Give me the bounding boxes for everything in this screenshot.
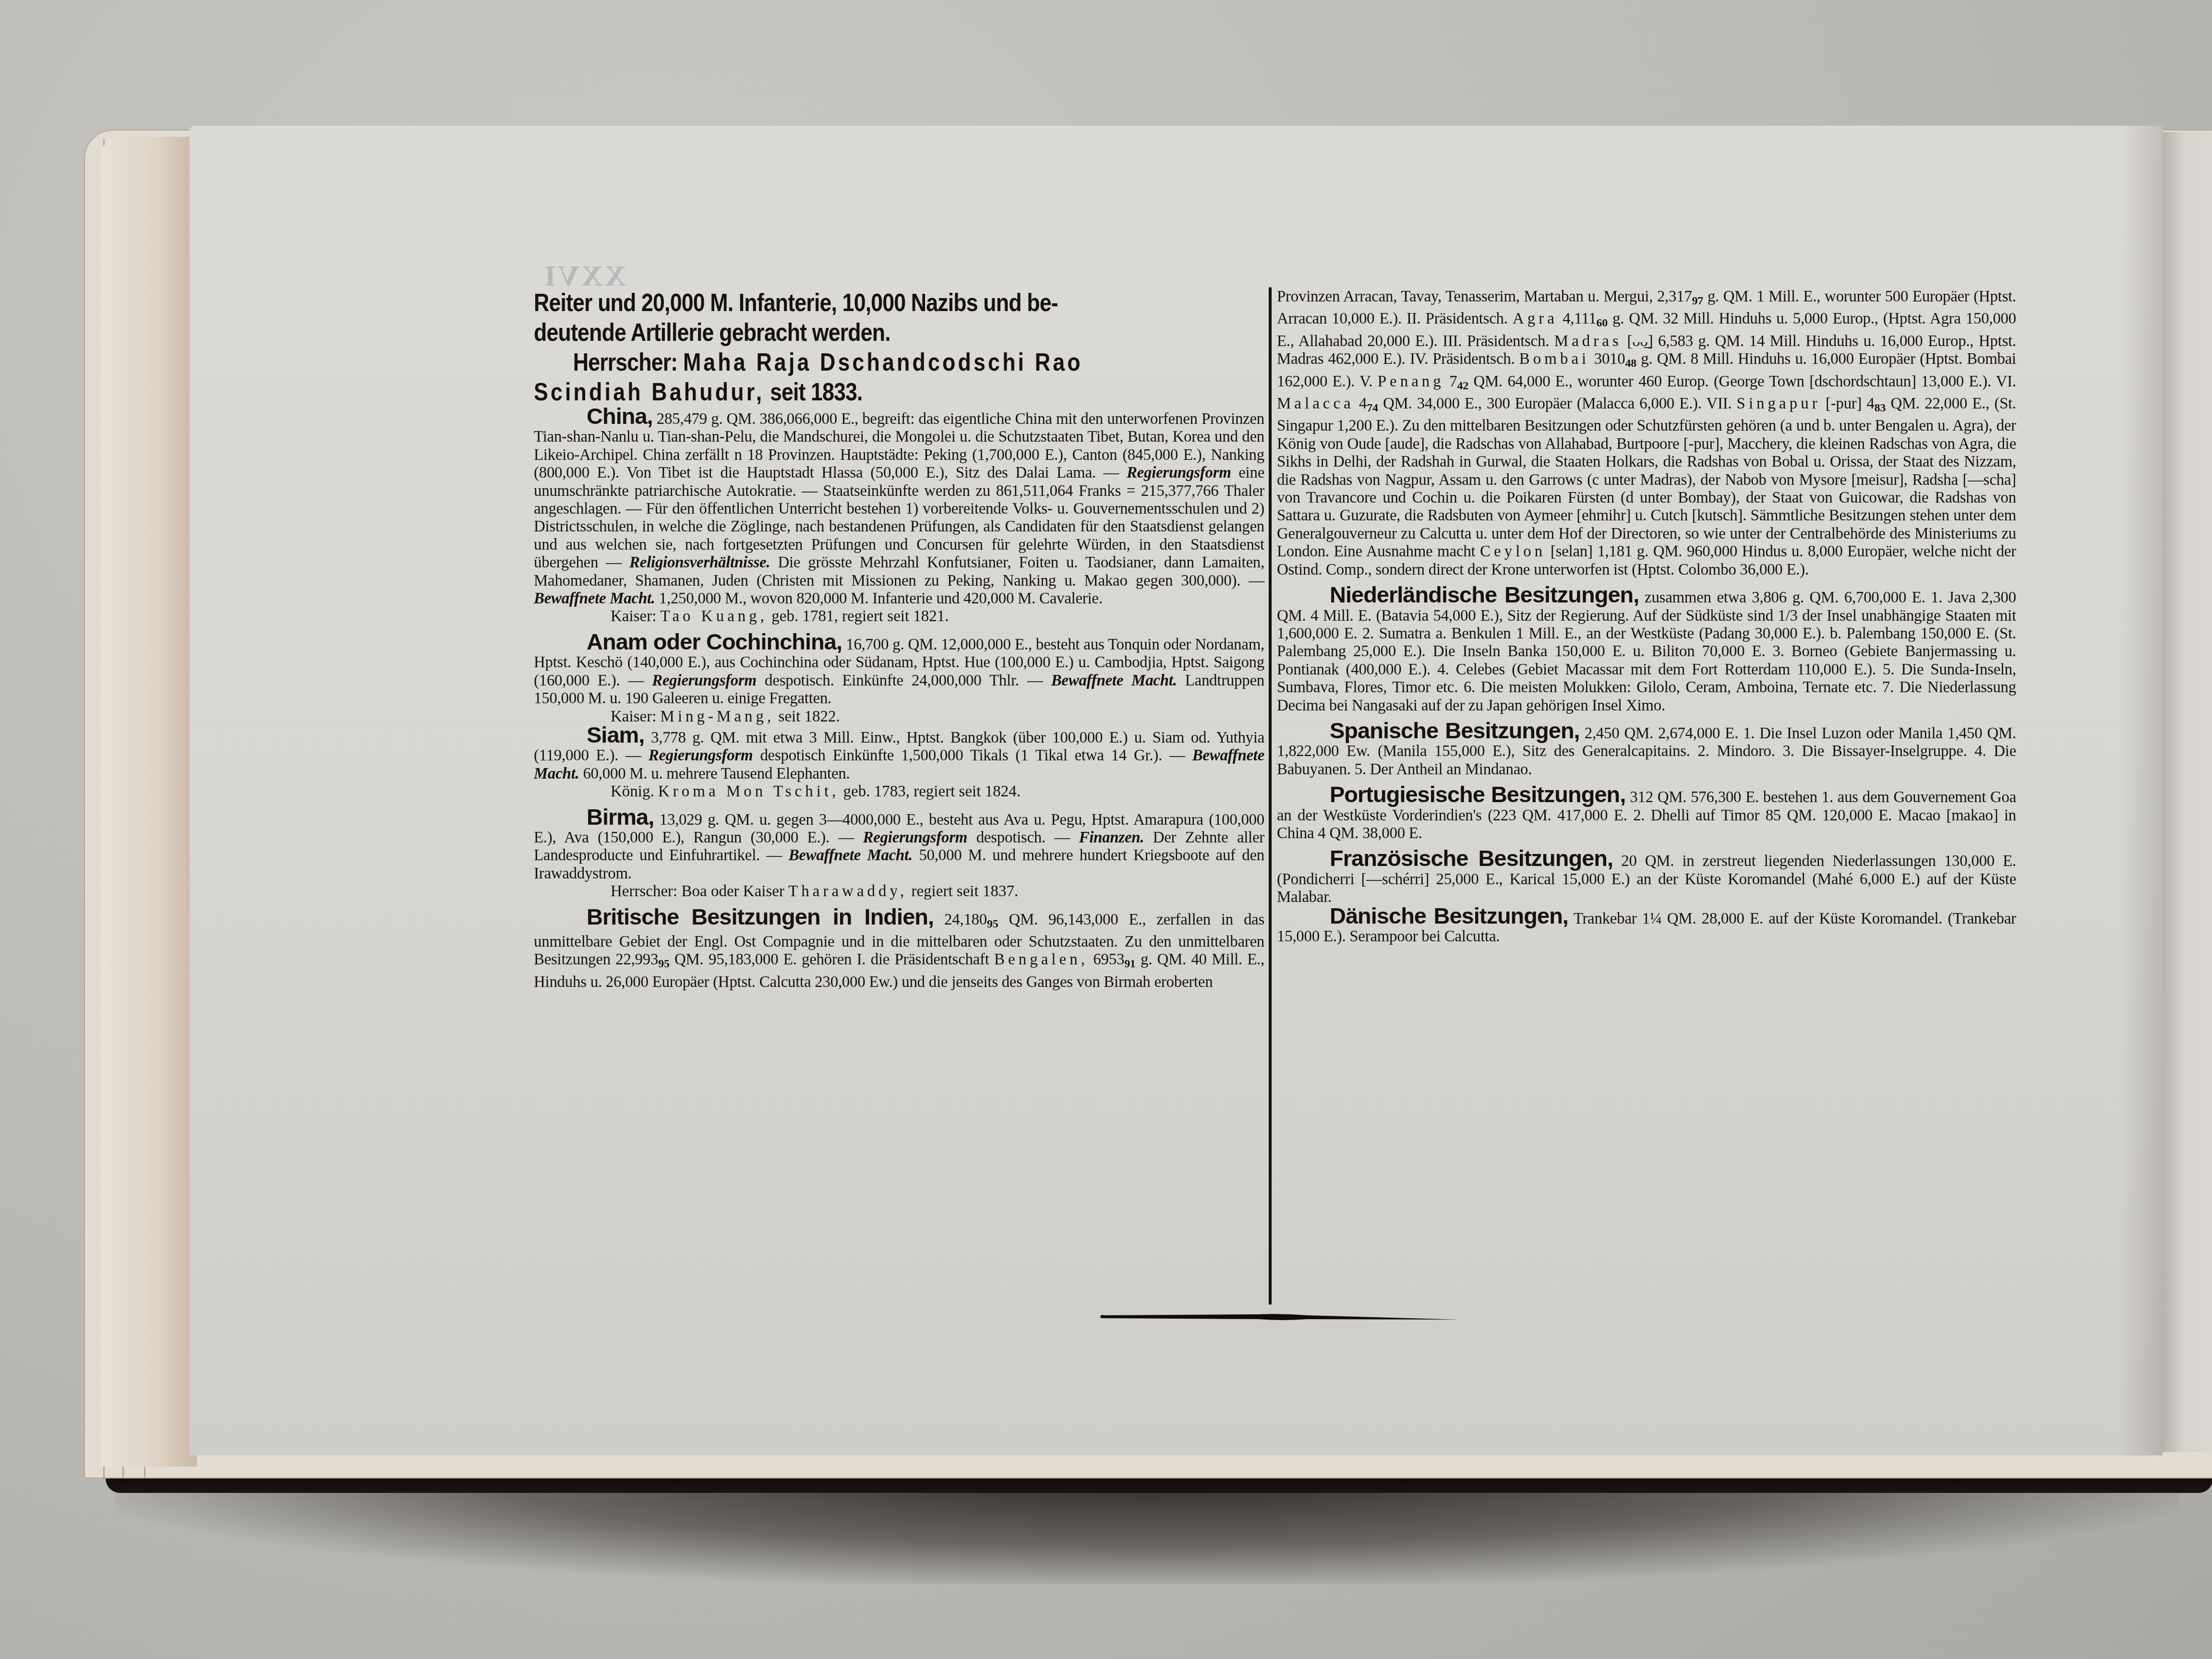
italic-term: Regierungsform (652, 672, 757, 689)
area-value: 24,180 (944, 911, 987, 928)
section-spanische: Spanische Besitzungen, 2,450 QM. 2,674,0… (1277, 721, 2016, 779)
lead-line-2: deutende Artillerie gebracht werden. (534, 318, 1262, 348)
ruler-info: geb. 1783, regiert seit 1824. (843, 783, 1021, 800)
section-text: [-pur] 4 (1826, 395, 1875, 412)
italic-term: Regierungsform (863, 829, 968, 846)
ruler-info: geb. 1781, regiert seit 1821. (771, 608, 949, 625)
lead-line-1: Reiter und 20,000 M. Infanterie, 10,000 … (534, 288, 1262, 318)
section-text: QM. 34,000 E., 300 Europäer (Malacca 6,0… (1383, 395, 1731, 412)
spaced-name: Bombai (1519, 350, 1590, 368)
section-text: 1,250,000 M., wovon 820,000 M. Infanteri… (659, 590, 1103, 607)
section-niederlaendische: Niederländische Besitzungen, zusammen et… (1277, 586, 2016, 715)
spaced-name: Agra (1513, 310, 1558, 327)
ruler-name: Tharawaddy, (788, 883, 907, 900)
decimal: 91 (1124, 958, 1135, 970)
column-rule (1269, 287, 1272, 1305)
spaced-name: Singapur (1737, 395, 1821, 412)
section-text: 4 (1359, 395, 1367, 412)
decimal: 60 (1596, 317, 1607, 329)
section-text: despotisch Einkünfte 1,500,000 Tikals (1… (760, 747, 1185, 764)
ornamental-end-rule (1100, 1313, 1459, 1321)
fraction: 1/3 (1778, 607, 1797, 625)
section-text: 7 (1449, 373, 1457, 390)
ruler-name: Ming-Mang, (661, 708, 775, 725)
ruler-info: regiert seit 1837. (911, 883, 1018, 900)
section-heading: Spanische Besitzungen, (1330, 718, 1580, 743)
section-text: 4,111 (1563, 310, 1596, 327)
section-text: 6953 (1093, 951, 1124, 968)
ruler-label: König. (611, 783, 654, 800)
section-text: Provinzen Arracan, Tavay, Tenasserim, Ma… (1277, 288, 1692, 305)
section-text: despotisch. — (976, 829, 1070, 846)
ruler-name: Kroma Mon Tschit, (658, 783, 839, 800)
italic-term: Bewaffnete Macht. (789, 847, 913, 864)
italic-term: Bewaffnete Macht. (534, 590, 655, 607)
italic-term: Finanzen. (1079, 829, 1144, 846)
ruler-entry: Herrscher: Boa oder Kaiser Tharawaddy, r… (534, 883, 1264, 901)
right-column: Provinzen Arracan, Tavay, Tenasserim, Ma… (1277, 288, 2016, 946)
ruler-line: Herrscher: Maha Raja Dschandcodschi Rao (534, 348, 1262, 377)
section-daenische: Dänische Besitzungen, Trankebar 1¼ QM. 2… (1277, 907, 2016, 946)
section-heading: Dänische Besitzungen, (1330, 903, 1568, 928)
ruler-label: Kaiser: (611, 608, 656, 625)
section-text: despotisch. Einkünfte 24,000,000 Thlr. — (765, 672, 1043, 689)
ruler-label: Herrscher: Boa oder Kaiser (611, 883, 784, 900)
spaced-name: Bengalen, (994, 951, 1088, 968)
decimal: 95 (658, 958, 669, 970)
left-column: Reiter und 20,000 M. Infanterie, 10,000 … (534, 288, 1264, 991)
ruler-name: Maha Raja Dschandcodschi Rao (683, 349, 1083, 376)
ruler-since: seit 1833. (770, 378, 863, 406)
spaced-name: Ceylon (1480, 543, 1546, 560)
section-britische: Britische Besitzungen in Indien, 24,1809… (534, 908, 1264, 992)
ruler-name-cont: Scindiah Bahudur, (534, 378, 764, 406)
decimal: 42 (1457, 380, 1468, 392)
italic-term: Bewaffnete Macht. (1051, 672, 1177, 689)
section-heading: Birma, (587, 804, 654, 829)
ruler-label: Herrscher: (573, 349, 678, 376)
left-page-leaves (101, 137, 197, 1467)
section-heading: Portugiesische Besitzungen, (1330, 781, 1625, 807)
section-siam: Siam, 3,778 g. QM. mit etwa 3 Mill. Einw… (534, 726, 1264, 783)
italic-term: Regierungsform (1127, 464, 1231, 481)
section-heading: Französische Besitzungen, (1330, 845, 1613, 871)
area-decimal: 95 (987, 918, 998, 930)
ruler-name: Tao Kuang, (661, 608, 768, 625)
ruler-info: seit 1822. (779, 708, 840, 725)
spaced-name: Penang (1378, 373, 1444, 390)
section-text: QM. 64,000 E., worunter 460 Europ. (Geor… (1473, 373, 2016, 390)
section-heading: Niederländische Besitzungen, (1330, 582, 1639, 607)
italic-term: Regierungsform (649, 747, 753, 764)
decimal: 97 (1692, 295, 1703, 307)
section-heading: Britische Besitzungen in Indien, (587, 904, 934, 929)
section-text: QM. 95,183,000 E. gehören I. die Präside… (674, 951, 989, 968)
decimal: 83 (1875, 402, 1886, 414)
section-franzoesische: Französische Besitzungen, 20 QM. in zers… (1277, 849, 2016, 906)
section-anam: Anam oder Cochinchina, 16,700 g. QM. 12,… (534, 633, 1264, 708)
spaced-name: Malacca (1277, 395, 1354, 412)
decimal: 48 (1625, 357, 1636, 370)
ruler-entry: Kaiser: Tao Kuang, geb. 1781, regiert se… (534, 608, 1264, 625)
section-text: QM. 22,000 E., (St. Singapur 1,200 E.). … (1277, 395, 2016, 560)
section-heading: Siam, (587, 722, 644, 747)
section-heading: Anam oder Cochinchina, (587, 629, 842, 654)
right-page-leaf (2163, 132, 2212, 1452)
section-britische-continued: Provinzen Arracan, Tavay, Tenasserim, Ma… (1277, 288, 2016, 579)
section-portugiesische: Portugiesische Besitzungen, 312 QM. 576,… (1277, 785, 2016, 842)
section-text: 60,000 M. u. mehrere Tausend Elephanten. (583, 765, 850, 782)
decimal: 74 (1367, 402, 1378, 414)
italic-term: Religionsverhältnisse. (629, 554, 770, 571)
section-text: 3010 (1594, 350, 1625, 368)
ruler-line-2: Scindiah Bahudur, seit 1833. (534, 377, 1262, 407)
spaced-name: Madras (1554, 333, 1622, 350)
section-birma: Birma, 13,029 g. QM. u. gegen 3—4000,000… (534, 808, 1264, 883)
ruler-entry: König. Kroma Mon Tschit, geb. 1783, regi… (534, 783, 1264, 801)
section-china: China, 285,479 g. QM. 386,066,000 E., be… (534, 407, 1264, 608)
